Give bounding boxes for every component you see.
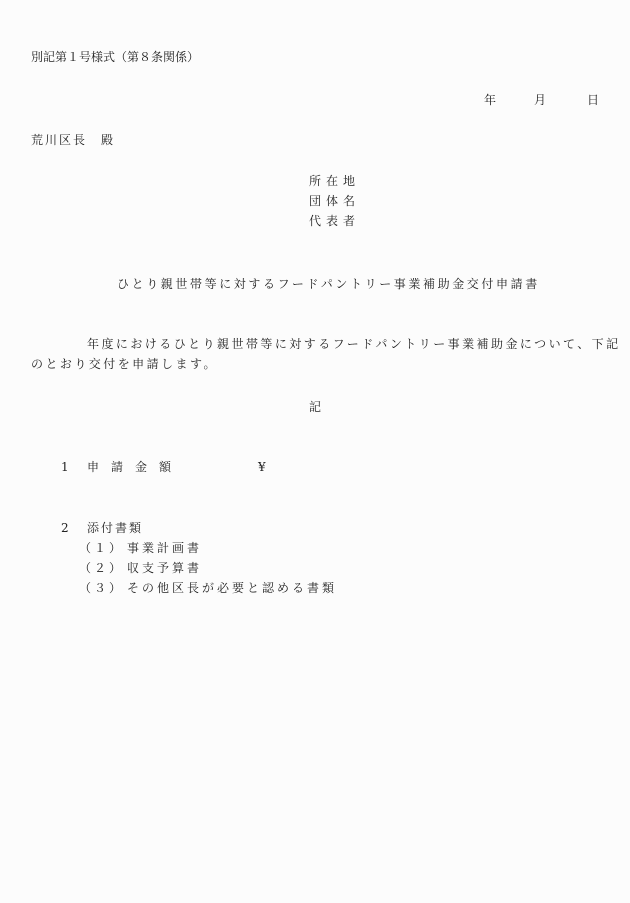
date-year-label: 年	[484, 92, 496, 108]
attachment-item: （３）その他区長が必要と認める書類	[79, 580, 337, 600]
yen-symbol: ¥	[258, 459, 266, 475]
form-label: 別記第１号様式（第８条関係）	[31, 49, 199, 65]
addressee-name: 荒川区長	[31, 133, 87, 147]
attachment-label: その他区長が必要と認める書類	[127, 581, 337, 595]
item-number: 2	[61, 520, 87, 536]
item-attachments: 2添付書類	[61, 520, 143, 536]
attachment-item: （１）事業計画書	[79, 540, 337, 560]
body-text-line-2: のとおり交付を申請します。	[31, 356, 218, 372]
attachment-number: （２）	[79, 560, 127, 576]
document-title: ひとり親世帯等に対するフードパントリー事業補助金交付申請書	[117, 276, 540, 292]
item-application-amount: 1申請金額 ¥	[61, 459, 183, 475]
applicant-address-label: 所在地	[309, 173, 360, 193]
date-day-label: 日	[587, 92, 599, 108]
item-label: 申請金額	[87, 459, 183, 475]
attachment-number: （３）	[79, 580, 127, 596]
applicant-block: 所在地 団体名 代表者	[309, 173, 360, 233]
attachment-list: （１）事業計画書 （２）収支予算書 （３）その他区長が必要と認める書類	[79, 540, 337, 600]
body-text-line-1: 年度におけるひとり親世帯等に対するフードパントリー事業補助金について、下記	[87, 336, 621, 352]
attachment-number: （１）	[79, 540, 127, 556]
item-label: 添付書類	[87, 521, 143, 535]
addressee-honorific: 殿	[101, 133, 115, 147]
attachment-label: 収支予算書	[127, 561, 202, 575]
addressee: 荒川区長殿	[31, 132, 115, 148]
applicant-org-name-label: 団体名	[309, 193, 360, 213]
item-number: 1	[61, 459, 87, 475]
ki-heading: 記	[309, 399, 321, 415]
date-month-label: 月	[534, 92, 546, 108]
attachment-item: （２）収支予算書	[79, 560, 337, 580]
applicant-representative-label: 代表者	[309, 213, 360, 233]
attachment-label: 事業計画書	[127, 541, 202, 555]
